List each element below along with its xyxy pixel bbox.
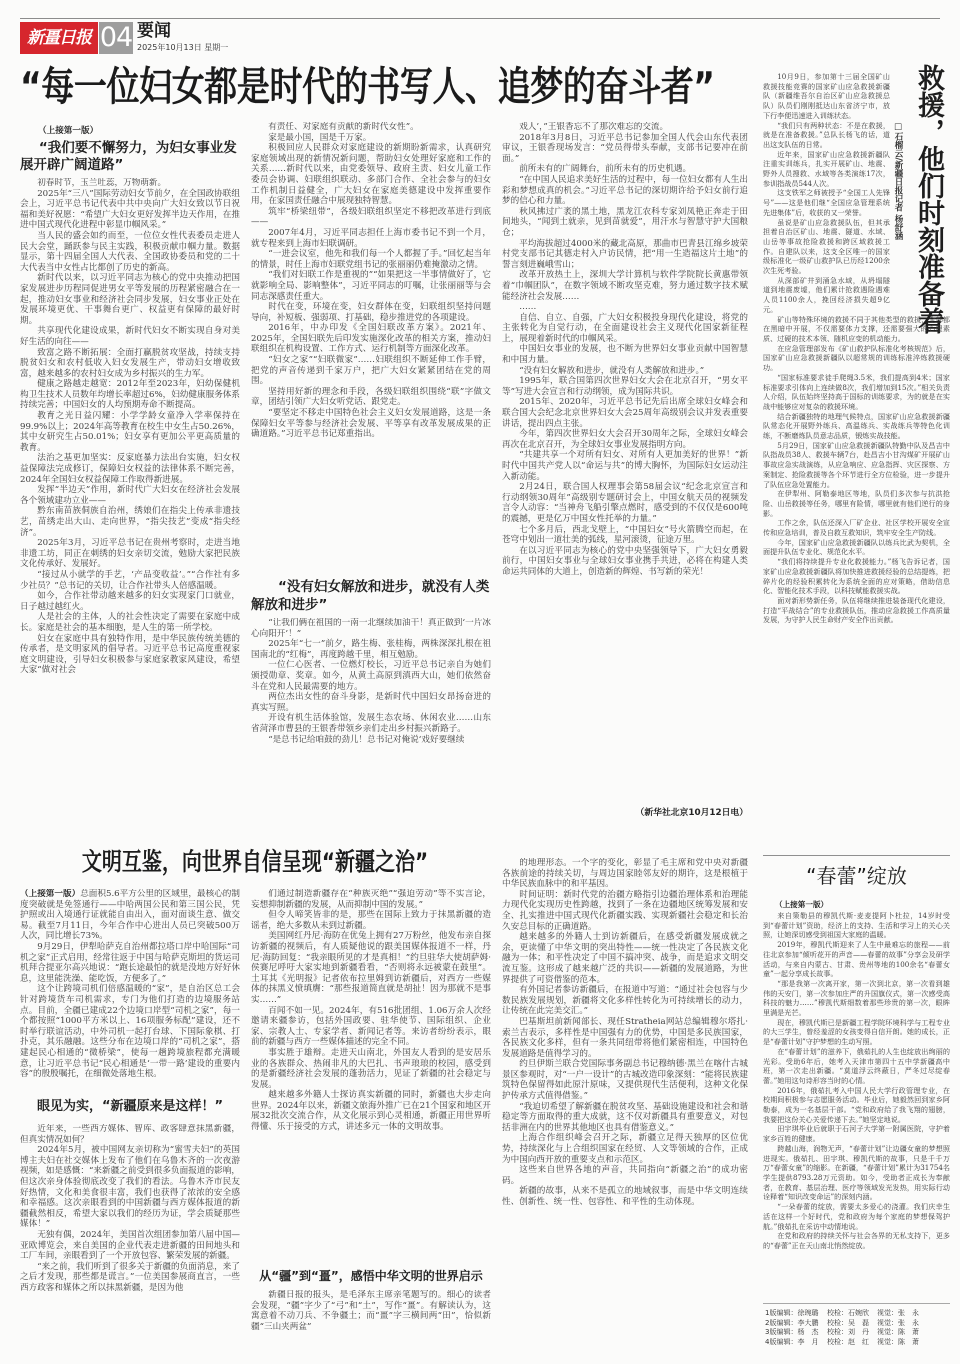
paragraph: 们通过制造新疆存在“种族灭绝”“强迫劳动”等不实言论，妄想抑制新疆的发展，从而抑… — [251, 889, 491, 910]
paragraph: 前所未有的广阔舞台，前所未有的历史机遇。 — [502, 164, 748, 175]
credit-proofreader: 校检：赵 红 — [827, 1338, 877, 1348]
bottom-column-1a: （上接第一版）总面积5.6平方公里的区域里，最核心的制度突破就是免签通行——中哈… — [20, 889, 240, 1095]
dateline: （新华社北京10月12日电） — [502, 805, 748, 818]
paragraph: 改革开放热土上，深圳大学计算机与软件学院院长黄惠带领着“巾帼团队”，在数字领域不… — [502, 270, 748, 302]
paragraph: 新时代以来，以习近平同志为核心的党中央推动把国家发展进步历程同促进男女平等发展的… — [20, 273, 240, 326]
spring-body: 来自策勒县的穆凯代斯·麦麦提阿卜杜拉，14岁时受到“春蕾计划”资助，经济上的支持… — [763, 911, 950, 1291]
paragraph: 工作之余，队伍还深入厂矿企业、社区学校开展安全宣传和应急培训，普及自救互救知识，… — [763, 518, 950, 537]
paragraph: “来之前，我们听到了很多关于新疆的负面消息，来了之后才发现，那些都是谎言。”一位… — [20, 1262, 240, 1294]
credit-row: 2版编辑：李大鹏 校检：吴 磊 视觉：张 永 — [765, 1319, 927, 1329]
credit-editor: 3版编辑：杨 杰 — [765, 1328, 827, 1338]
paragraph: “我们将持续提升专业化救援能力。”杨飞告诉记者，国家矿山应急救援新疆队将加快推进… — [763, 557, 950, 596]
credits-divider — [763, 1303, 950, 1304]
paragraph: “要坚定不移走中国特色社会主义妇女发展道路，这是一条保障妇女平等参与经济社会发展… — [251, 408, 491, 440]
paragraph: 无独有偶，2024年，美国首次组团参加第八届中国—亚欧博览会，来自美国的企业代表… — [20, 1230, 240, 1262]
paragraph: 2016年，中办印发《全国妇联改革方案》。2021年、2025年，全国妇联先后印… — [251, 323, 491, 355]
paragraph: 两位杰出女性的奋斗身影，是新时代中国妇女昂扬奋进的真实写照。 — [251, 692, 491, 713]
paragraph: 坚持用好新的理念和手段，各级妇联组织围绕“联”字做文章，团结引领广大妇女听党话、… — [251, 387, 491, 408]
paragraph: “一朵春蕾的绽放，需要太多爱心的浇灌。我们庆幸生活在这样一个好时代，党和政府为每… — [763, 1202, 950, 1231]
bottom-column-2a: 们通过制造新疆存在“种族灭绝”“强迫劳动”等不实言论，妄想抑制新疆的发展，从而抑… — [251, 889, 491, 1261]
paragraph: 2025年“三八”国际劳动妇女节前夕，在全国政协联组会上，习近平总书记代表中共中… — [20, 189, 240, 231]
paragraph: 今年，第四次世界妇女大会召开30周年之际，全球妇女峰会再次在北京召开，为全球妇女… — [502, 429, 748, 450]
paragraph: 黔东南苗族侗族自治州，绣娘们在指尖上传承非遗技艺，苗绣走出大山、走向世界，“指尖… — [20, 506, 240, 538]
paragraph: 秋风拂过广袤的黑土地，黑龙江农科专家刘凤艳正奔走于田间地头，“闻到土就亲，见到苗… — [502, 207, 748, 239]
paragraph: 这个让跨境司机们倍感温暖的“家”，是自治区总工会针对跨境货车司机需求，专门为他们… — [20, 984, 240, 1079]
bottom-subhead-2: 从“疆”到“畺”，感悟中华文明的世界启示 — [251, 1268, 491, 1284]
credit-proofreader: 校检：吴 磊 — [827, 1319, 877, 1329]
credit-row: 3版编辑：杨 杰 校检：刘 丹 视觉：陈 萧 — [765, 1328, 927, 1338]
paragraph: 当人民的盛会如约而至，一位位女性代表委员走进人民大会堂，踊跃参与民主实践，积极贡… — [20, 231, 240, 273]
credit-visual: 视觉：张 永 — [877, 1319, 927, 1329]
paragraph: “国家标准要求徒手爬绳3.5米，我们提高到4米；国家标准要求引体向上连续做8次，… — [763, 373, 950, 412]
paragraph: 新疆的故事，从来不是孤立的地域叙事，而是中华文明连续性、创新性、统一性、包容性、… — [502, 1186, 748, 1207]
paragraph: 来自策勒县的穆凯代斯·麦麦提阿卜杜拉，14岁时受到“春蕾计划”资助，经济上的支持… — [763, 911, 950, 940]
paragraph: 平均海拔超过4000米的藏北高原，那曲市巴青县江绵乡坡荣村党支部书记其德走村入户… — [502, 239, 748, 271]
paragraph: 七个多月后，西北戈壁上，“中国妇女”号火箭腾空而起，在苍穹中划出一道壮美的弧线，… — [502, 525, 748, 546]
paragraph: 面对新形势新任务，队伍将继续推进装备现代化建设，打造“平战结合”的专业救援队伍，… — [763, 596, 950, 625]
main-column-1: 初春时节，玉兰吐蕊，万物萌新。2025年“三八”国际劳动妇女节前夕，在全国政协联… — [20, 178, 240, 815]
credit-proofreader: 校检：刘 丹 — [827, 1328, 877, 1338]
paragraph: 法治之基更加坚实：反家庭暴力法出台实施，妇女权益保障法完成修订，保障妇女权益的法… — [20, 453, 240, 485]
main-subhead-2: “没有妇女解放和进步，就没有人类解放和进步” — [251, 578, 491, 614]
paragraph: 越来越多外籍人士探访真实新疆的同时，新疆也大步走向世界。2024年以来，新疆文旅… — [251, 1090, 491, 1132]
paragraph: 1995年，联合国第四次世界妇女大会在北京召开，“男女平等”写进大会宣言和行动纲… — [502, 376, 748, 397]
paragraph: “让我们俩在祖国的一南一北继续加油干！真正做到‘一片冰心向阳开’！” — [251, 618, 491, 639]
paragraph: 共享现代化建设成果，新时代妇女不断实现自身对美好生活的向往—— — [20, 326, 240, 347]
paragraph: …… — [502, 302, 748, 313]
paragraph: 2019年，穆凯代斯迎来了人生中最难忘的旅程——前往北京参加“倾听花开的声音——… — [763, 940, 950, 979]
paragraph: 结合新疆独特的地理气候特点，国家矿山应急救援新疆队常态化开展野外练兵、高温练兵、… — [763, 412, 950, 441]
paragraph: 在党和政府的持续关怀与社会各界的无私支持下，更多的“春蕾”正在天山南北悄然绽放。 — [763, 1231, 950, 1250]
paragraph: 美国网红丹尼·海防在优兔上拥有27万粉丝，他发布亲自探访新疆的视频后，有人质疑他… — [251, 931, 491, 1005]
paragraph: “没有妇女解放和进步，就没有人类解放和进步。” — [502, 366, 748, 377]
paragraph: “妇女之家”“妇联微家”……妇联组织不断延伸工作手臂，把党的声音传递到千家万户，… — [251, 355, 491, 387]
paragraph: 如今，合作社带动越来越多的妇女实现家门口就业，日子越过越红火。 — [20, 591, 240, 612]
main-column-2a: 有责任、对家庭有贡献的新时代女性”。家是最小国，国是千万家。积极回应人民群众对家… — [251, 122, 491, 574]
paragraph: 筑牢“桥梁纽带”，各级妇联组织坚定不移把改革进行到底—— — [251, 207, 491, 228]
paragraph: “一进会议室，他先和我们每一个人都握了手。”回忆起当年的情景，时任上海市妇联党组… — [251, 249, 491, 270]
paragraph: 积极回应人民群众对家庭建设的新期盼新需求，认真研究家庭领域出现的新情况新问题，帮… — [251, 143, 491, 207]
paragraph: 教育之光日益闪耀：小学学龄女童净入学率保持在99.9%以上；2024年高等教育在… — [20, 411, 240, 453]
credit-visual: 视觉：张 永 — [877, 1309, 927, 1319]
paragraph: 有外国记者参访新疆后，在报道中写道：“通过社会包容与少数民族发展规划，新疆将文化… — [502, 985, 748, 1017]
paragraph: “我们对妇联工作是重视的”“如果把这一半事情做好了，它就影响全局、影响整体”，习… — [251, 270, 491, 302]
top-rule — [20, 18, 940, 19]
credit-editor: 1版编辑：徐琬璐 — [765, 1309, 827, 1319]
paragraph: 人是社会的主体，人的社会性决定了需要在家庭中成长。家庭是社会的基本细胞，是人生的… — [20, 612, 240, 633]
paragraph: 在“春蕾计划”的滋养下，俄茹扎的人生也绽放出绚丽的光彩。受助6年后，她考入天津市… — [763, 1047, 950, 1086]
paragraph: “我迫切希望了解新疆在脱贫攻坚、基础设施建设和社会和谐稳定等方面取得的重大成就，… — [502, 1102, 748, 1134]
bottom-column-3: 的地理形态。一个字的变化，彰显了毛主席和党中央对新疆各族前途的持续关切，与周边国… — [502, 858, 748, 1364]
paragraph: 9月29日，伊犁哈萨克自治州都拉塔口岸中哈国际“司机之家”正式启用，经常往返于中… — [20, 942, 240, 984]
paragraph: 5月29日，国家矿山应急救援新疆队特勤中队及昌吉中队指战员38人、救援车辆7台，… — [763, 441, 950, 490]
paragraph: 初春时节，玉兰吐蕊，万物萌新。 — [20, 178, 240, 189]
editor-credits: 1版编辑：徐琬璐 校检：石婉欣 视觉：张 永 2版编辑：李大鹏 校检：吴 磊 视… — [765, 1309, 927, 1347]
lead-paragraph: （上接第一版）总面积5.6平方公里的区域里，最核心的制度突破就是免签通行——中哈… — [20, 889, 240, 942]
credit-row: 4版编辑：李 月 校检：赵 红 视觉：陈 萧 — [765, 1338, 927, 1348]
paragraph: 现在，穆凯代斯已是新疆工程学院环境科学与工程专业的大三学生，曾经羞涩的女孩变得自… — [763, 1018, 950, 1047]
credit-editor: 2版编辑：李大鹏 — [765, 1319, 827, 1329]
paragraph: 2024年5月，被中国网友亲切称为“蜜雪夫妇”的英国博主夫妇在社交媒体上发布了他… — [20, 1145, 240, 1230]
paragraph: 发挥“半边天”作用，新时代广大妇女在经济社会发展各个领域建功立业—— — [20, 485, 240, 506]
spring-title: “春蕾”绽放 — [763, 863, 950, 889]
paragraph: 有责任、对家庭有贡献的新时代女性”。 — [251, 122, 491, 133]
paragraph: 自信、自立、自强，广大妇女积极投身现代化建设，将党的主张转化为自觉行动，在全面建… — [502, 313, 748, 345]
bottom-headline: 文明互鉴，向世界自信呈现“新疆之治” — [20, 847, 490, 876]
main-headline: “每一位妇女都是时代的书写人、追梦的奋斗者” — [20, 64, 715, 110]
divider — [763, 855, 950, 856]
paragraph: 开设有机生活体验馆，发展生态农场、休闲农业……山东省菏泽市曹县的王银香带领乡亲们… — [251, 713, 491, 734]
paragraph: “那是我第一次离开家，第一次到北京，第一次看到雄伟的天安门，第一次参加庄严的升国… — [763, 979, 950, 1018]
main-column-3: 戏人’，”王银香忘不了那次难忘的交流。2018年3月8日，习近平总书记参加全国人… — [502, 122, 748, 802]
credit-visual: 视觉：陈 萧 — [877, 1328, 927, 1338]
main-column-2b: “让我们俩在祖国的一南一北继续加油干！真正做到‘一片冰心向阳开’！”2025年“… — [251, 618, 491, 815]
paragraph: “共建共享一个对所有妇女、对所有人更加美好的世界！”新时代中国共产党人以“命运与… — [502, 450, 748, 482]
paragraph: 在伊犁州、阿勒泰地区等地，队员们多次参与抗洪抢险、山岳救援等任务，哪里有险情，哪… — [763, 489, 950, 518]
paragraph: 时间证明：新时代党的治疆方略指引边疆治理体系和治理能力现代化实现历史性跨越，找到… — [502, 890, 748, 932]
paragraph: “是总书记给咱鼓的劲儿！总书记对俺说‘戏好要继续 — [251, 735, 491, 746]
paragraph: 巴基斯坦前新闻部长、现任Stratheia网站总编辑穆尔塔扎·索兰吉表示，多样性… — [502, 1017, 748, 1059]
paragraph: “在中国人民追求美好生活的过程中，每一位妇女都有人生出彩和梦想成真的机会。”习近… — [502, 175, 748, 207]
paragraph: 在以习近平同志为核心的党中央坚强领导下，广大妇女勇毅前行，中国妇女事业与全球妇女… — [502, 546, 748, 578]
paragraph: 的地理形态。一个字的变化，彰显了毛主席和党中央对新疆各族前途的持续关切，与周边国… — [502, 858, 748, 890]
paragraph: 百闻不如一见。2024年，有516批团组、1.06万余人次经邀请来疆参访，包括外… — [251, 1006, 491, 1048]
paragraph: 2016年，俄茹扎考入中国人民大学行政管理专业，在校期间积极参与志愿服务活动。毕… — [763, 1086, 950, 1125]
paragraph: 健康之路越走越宽：2012年至2023年，妇幼保健机构卫生技术人员数年均增长率超… — [20, 379, 240, 411]
paragraph: 但令人啼笑皆非的是，那些在国际上致力于抹黑新疆的造谣者，绝大多数从未到过新疆。 — [251, 910, 491, 931]
section-title: 要闻 — [137, 21, 171, 41]
main-subhead-1: “我们要不懈努力，为妇女事业发展开辟广阔道路” — [20, 140, 240, 174]
paragraph: 2025年3月，习近平总书记在贵州考察时，走进当地非遗工坊，同正在刺绣的妇女亲切… — [20, 538, 240, 570]
paragraph: 家是最小国，国是千万家。 — [251, 133, 491, 144]
paragraph: 今年，国家矿山应急救援新疆队以练兵比武为契机，全面提升队伍专业化、规范化水平。 — [763, 538, 950, 557]
paragraph: 近年来，一些西方媒体、智库、政客肆意抹黑新疆，但真实情况如何？ — [20, 1124, 240, 1145]
continued-label: （上接第一版） — [775, 899, 828, 910]
paragraph: 2025年“七一”前夕，路生梅、张桂梅，两株深深扎根在祖国南北的“红梅”，再度跨… — [251, 639, 491, 660]
paragraph: 致富之路不断拓展：全面打赢脱贫攻坚战，持续支持脱贫妇女和农村低收入妇女发展生产，… — [20, 348, 240, 380]
paragraph: 在应急管理部发布《矿山救护队标准化考核规范》后，国家矿山应急救援新疆队以超常规的… — [763, 344, 950, 373]
page-number: 04 — [99, 22, 133, 54]
newspaper-logo: 新畺日报 — [20, 22, 98, 54]
paragraph: 2018年3月8日，习近平总书记参加全国人代会山东代表团审议，王银香现场发言：“… — [502, 133, 748, 165]
paragraph: 妇女在家庭中具有独特作用，是中华民族传统美德的传承者，是文明家风的倡导者。习近平… — [20, 634, 240, 676]
title-spacer — [890, 72, 950, 308]
credit-proofreader: 校检：石婉欣 — [827, 1309, 877, 1319]
paragraph: 时代在变，环境在变，妇女群体在变，妇联组织坚持问题导向，补短板、强弱项、打基础，… — [251, 302, 491, 323]
paragraph: 田宇琪毕业后就职于石河子大学第一附属医院，守护着家乡百姓的健康。 — [763, 1124, 950, 1143]
continued-label: （上接第一版） — [20, 889, 80, 899]
paragraph: 越来越多的外籍人士到访新疆后，在感受新疆发展成就之余，更读懂了中华文明的突出特性… — [502, 932, 748, 985]
bottom-column-1b: 近年来，一些西方媒体、智库、政客肆意抹黑新疆，但真实情况如何？2024年5月，被… — [20, 1124, 240, 1364]
paragraph: 2月24日，联合国人权理事会第58届会议“纪念北京宣言和行动纲领30周年”高级别… — [502, 482, 748, 524]
paragraph: 新疆日报的报头，是毛泽东主席亲笔题写的。细心的读者会发现，“疆”字少了“弓”和“… — [251, 1290, 491, 1332]
paragraph: 跨越山海，润物无声，“春蕾计划”让边疆女童的梦想照进现实。俄茹扎、田宇琪、穆凯代… — [763, 1144, 950, 1202]
paragraph: 上海合作组织峰会召开之际，新疆立足得天独厚的区位优势，持续深化与上合组织国家在经… — [502, 1133, 748, 1165]
rescue-body: 10月9日，参加第十三届全国矿山救援技能竞赛的国家矿山应急救援新疆队（新疆维吾尔… — [763, 72, 950, 840]
continued-label: （上接第一版） — [38, 124, 98, 136]
paragraph: 戏人’，”王银香忘不了那次难忘的交流。 — [502, 122, 748, 133]
paragraph: 2015年、2020年，习近平总书记先后出席全球妇女峰会和联合国大会纪念北京世界… — [502, 397, 748, 429]
bottom-column-2b: 新疆日报的报头，是毛泽东主席亲笔题写的。细心的读者会发现，“疆”字少了“弓”和“… — [251, 1290, 491, 1364]
paragraph: 一位仁心医者、一位燃灯校长，习近平总书记亲自为她们颁授勋章、奖章。如今，从黄土高… — [251, 660, 491, 692]
paragraph: 矿山等特殊环境的救援不同于其他类型的救援，全部都在黑暗中开展，不仅需要体力支撑，… — [763, 315, 950, 344]
paragraph: 事实胜于雄辩。走进天山南北，外国友人看到的是安居乐业的各族群众、热闹非凡的大巴扎… — [251, 1048, 491, 1090]
paragraph: “接过从小就学的手艺，‘产品变收益’。”“合作社有多少社员？”总书记的关切，让合… — [20, 570, 240, 591]
paragraph: 2007年4月，习近平同志担任上海市委书记不到一个月，就专程来到上海市妇联调研。 — [251, 228, 491, 249]
paragraph: 约旦伊斯兰联合党国际事务副总书记穆纳德·黑兰在喀什古城景区参观时，对“一户一设计… — [502, 1059, 748, 1101]
issue-date: 2025年10月13日 星期一 — [137, 43, 228, 53]
paragraph: 这些来自世界各地的声音，共同指向“新疆之治”的成功密码。 — [502, 1165, 748, 1186]
credit-row: 1版编辑：徐琬璐 校检：石婉欣 视觉：张 永 — [765, 1309, 927, 1319]
paragraph: 中国妇女事业的发展，也不断为世界妇女事业贡献中国智慧和中国力量。 — [502, 344, 748, 365]
bottom-subhead-1: 眼见为实，“新疆原来是这样！” — [20, 1099, 240, 1115]
credit-editor: 4版编辑：李 月 — [765, 1338, 827, 1348]
credit-visual: 视觉：陈 萧 — [877, 1338, 927, 1348]
